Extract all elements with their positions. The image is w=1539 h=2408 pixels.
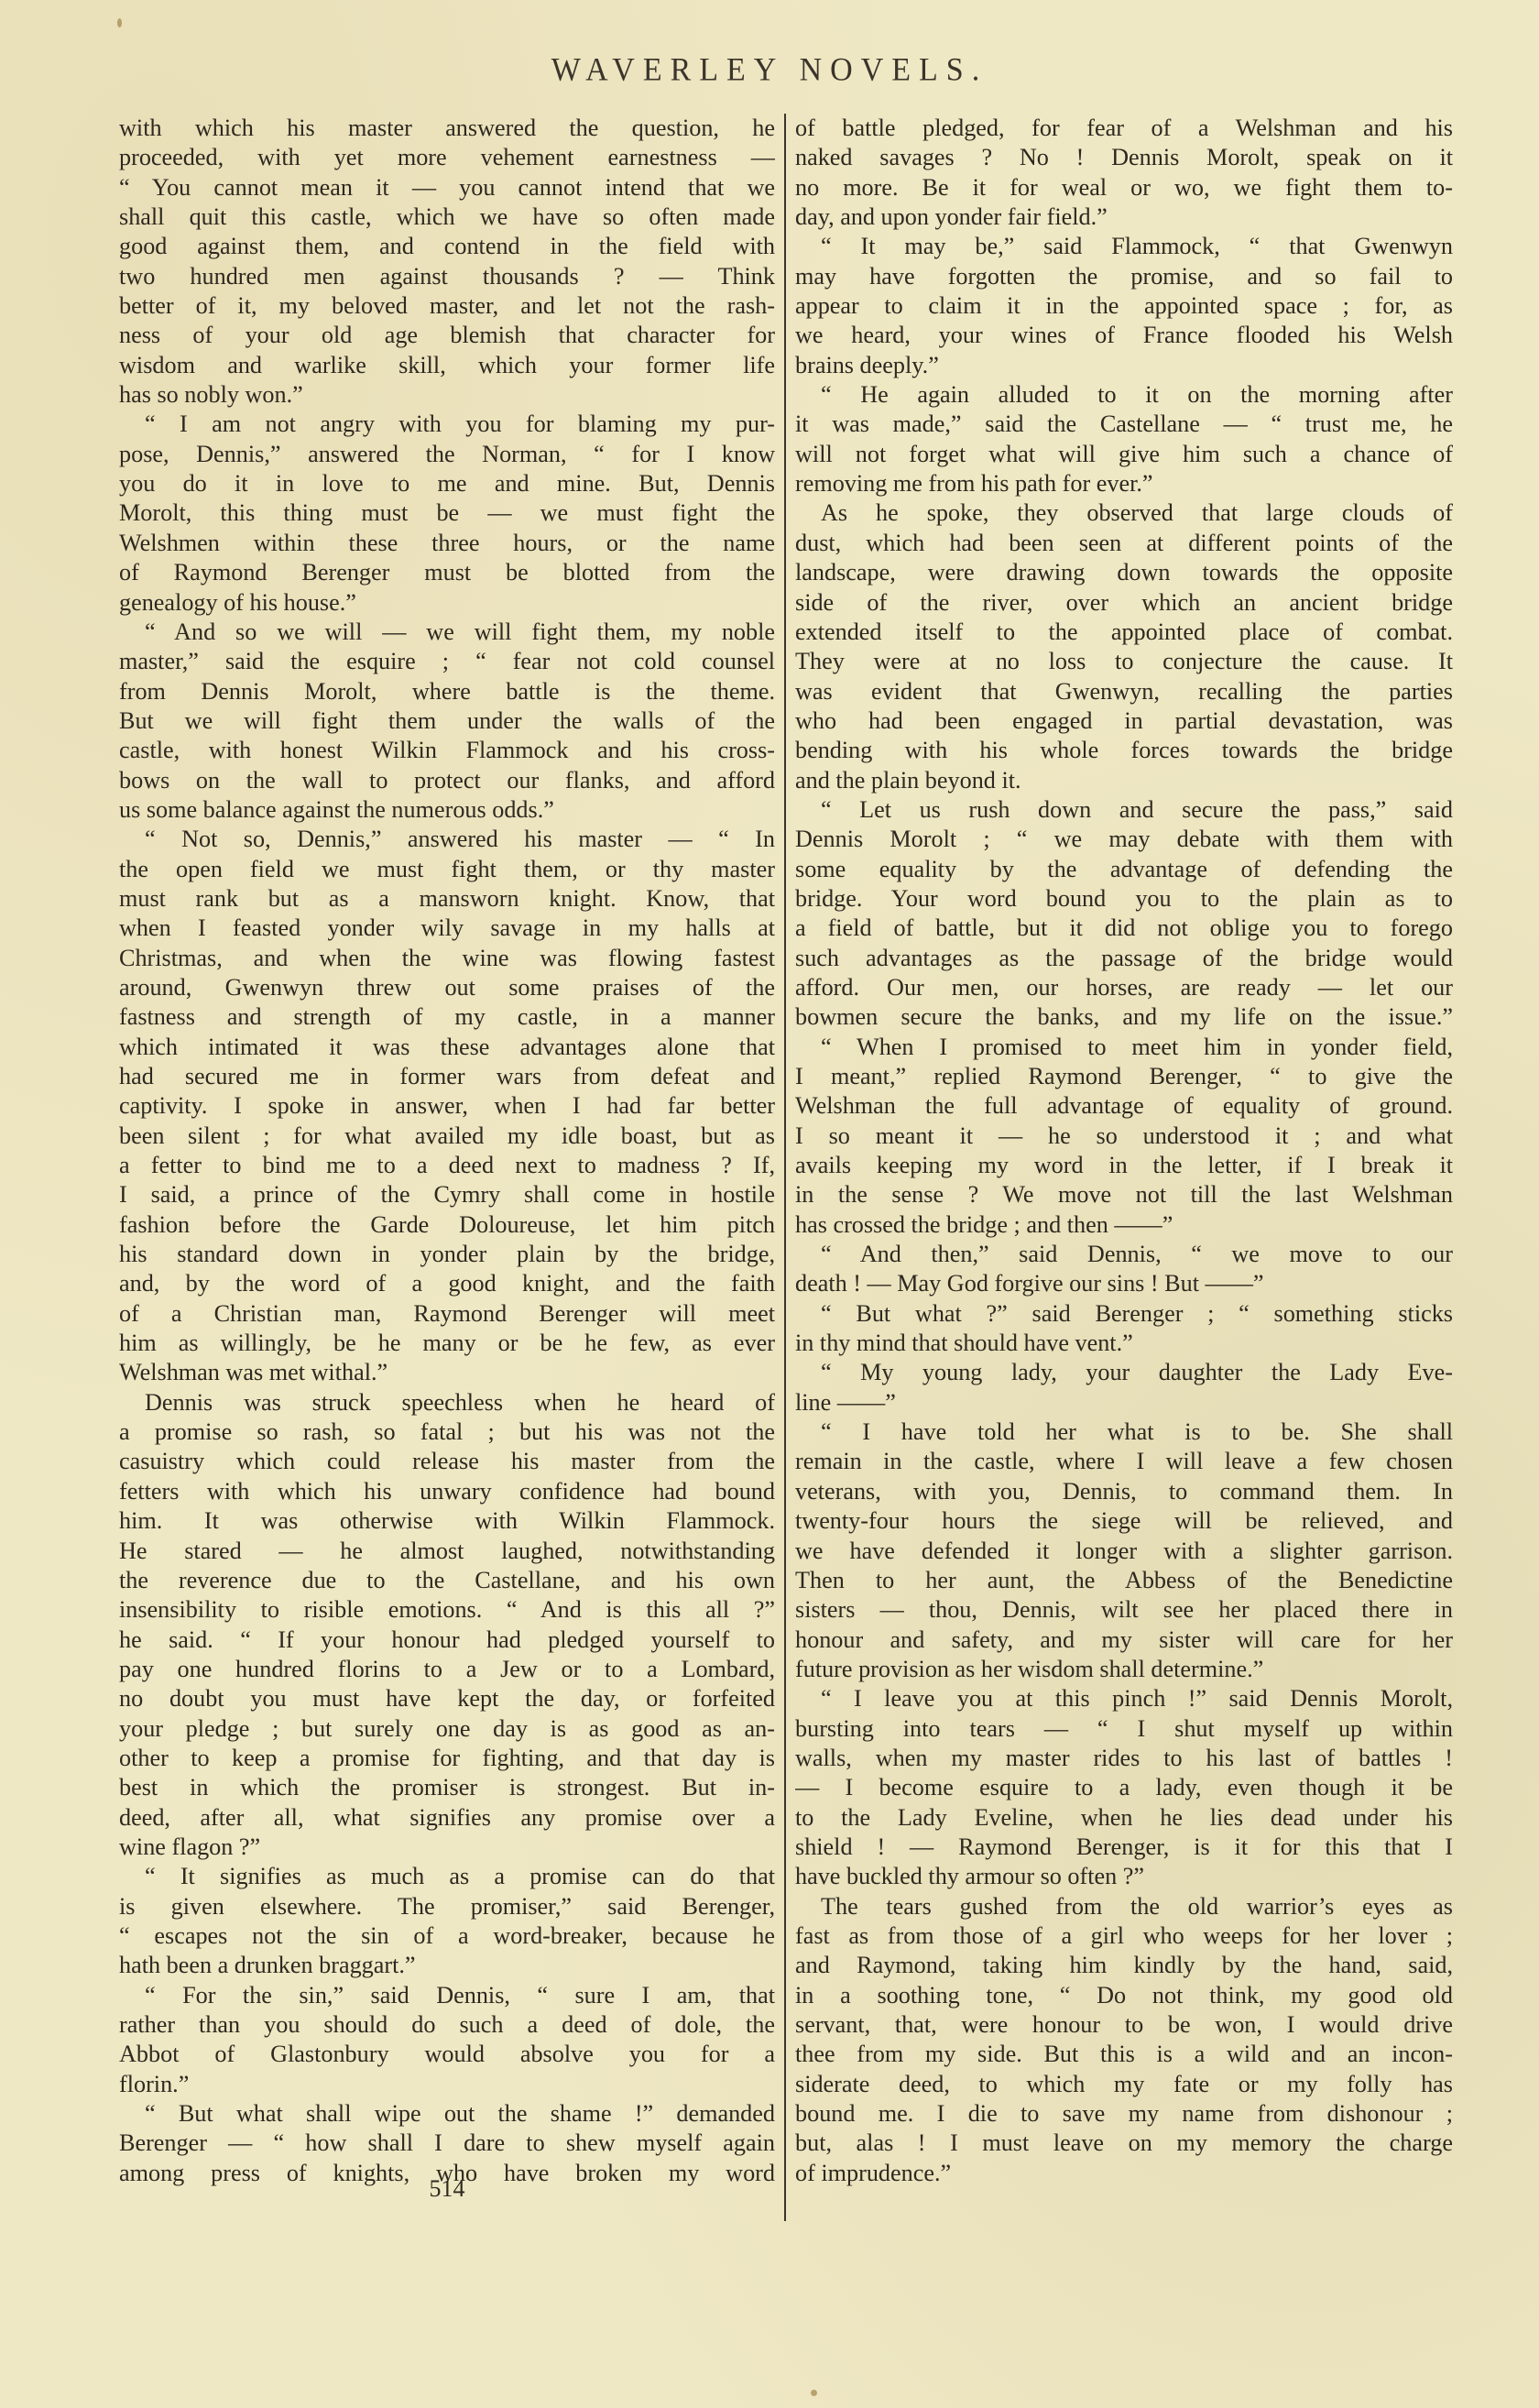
text-line: I so meant it — he so understood it ; an… xyxy=(795,1122,1453,1151)
text-line: pose, Dennis,” answered the Norman, “ fo… xyxy=(119,440,775,469)
text-line: servant, that, were honour to be won, I … xyxy=(795,2010,1453,2040)
text-line: pay one hundred florins to a Jew or to a… xyxy=(119,1655,775,1684)
text-line: in a soothing tone, “ Do not think, my g… xyxy=(795,1981,1453,2010)
text-line: “ For the sin,” said Dennis, “ sure I am… xyxy=(119,1981,775,2010)
text-line: but, alas ! I must leave on my memory th… xyxy=(795,2129,1453,2158)
text-line: thee from my side. But this is a wild an… xyxy=(795,2040,1453,2069)
text-line: “ My young lady, your daughter the Lady … xyxy=(795,1358,1453,1387)
text-line: the reverence due to the Castellane, and… xyxy=(119,1566,775,1595)
text-line: Then to her aunt, the Abbess of the Bene… xyxy=(795,1566,1453,1595)
text-line: casuistry which could release his master… xyxy=(119,1447,775,1476)
text-line: But we will fight them under the walls o… xyxy=(119,706,775,736)
text-line: remain in the castle, where I will leave… xyxy=(795,1447,1453,1476)
text-line: other to keep a promise for fighting, an… xyxy=(119,1744,775,1773)
text-line: genealogy of his house.” xyxy=(119,588,775,618)
text-line: future provision as her wisdom shall det… xyxy=(795,1655,1453,1684)
text-line: landscape, were drawing down towards the… xyxy=(795,558,1453,587)
text-line: afford. Our men, our horses, are ready —… xyxy=(795,973,1453,1002)
text-line: him. It was otherwise with Wilkin Flammo… xyxy=(119,1506,775,1536)
text-line: “ escapes not the sin of a word-breaker,… xyxy=(119,1921,775,1951)
text-line: us some balance against the numerous odd… xyxy=(119,795,775,825)
text-line: which intimated it was these advantages … xyxy=(119,1033,775,1062)
text-line: with which his master answered the quest… xyxy=(119,114,775,143)
text-line: best in which the promiser is strongest.… xyxy=(119,1773,775,1802)
text-line: “ It signifies as much as a promise can … xyxy=(119,1862,775,1891)
page-number: 514 xyxy=(119,2175,775,2203)
text-line: ness of your old age blemish that charac… xyxy=(119,321,775,350)
text-line: of battle pledged, for fear of a Welshma… xyxy=(795,114,1453,143)
text-line: “ You cannot mean it — you cannot intend… xyxy=(119,173,775,202)
text-line: proceeded, with yet more vehement earnes… xyxy=(119,143,775,172)
text-line: no doubt you must have kept the day, or … xyxy=(119,1684,775,1713)
text-line: brains deeply.” xyxy=(795,351,1453,380)
text-line: to the Lady Eveline, when he lies dead u… xyxy=(795,1803,1453,1833)
text-line: shall quit this castle, which we have so… xyxy=(119,202,775,232)
text-line: was evident that Gwenwyn, recalling the … xyxy=(795,677,1453,706)
text-line: insensibility to risible emotions. “ And… xyxy=(119,1595,775,1625)
text-line: I meant,” replied Raymond Berenger, “ to… xyxy=(795,1062,1453,1091)
text-line: bending with his whole forces towards th… xyxy=(795,736,1453,765)
text-line: of Raymond Berenger must be blotted from… xyxy=(119,558,775,587)
text-line: wine flagon ?” xyxy=(119,1833,775,1862)
right-text-column: of battle pledged, for fear of a Welshma… xyxy=(795,114,1453,2188)
text-line: hath been a drunken braggart.” xyxy=(119,1951,775,1980)
text-line: Dennis Morolt ; “ we may debate with the… xyxy=(795,825,1453,854)
running-header: WAVERLEY NOVELS. xyxy=(0,52,1539,89)
text-line: will not forget what will give him such … xyxy=(795,440,1453,469)
text-line: two hundred men against thousands ? — Th… xyxy=(119,262,775,291)
text-line: dust, which had been seen at different p… xyxy=(795,529,1453,558)
text-line: master,” said the esquire ; “ fear not c… xyxy=(119,647,775,676)
text-line: Christmas, and when the wine was flowing… xyxy=(119,944,775,973)
text-line: bows on the wall to protect our flanks, … xyxy=(119,766,775,795)
text-line: fetters with which his unwary confidence… xyxy=(119,1477,775,1506)
text-line: and, by the word of a good knight, and t… xyxy=(119,1269,775,1298)
text-line: in the sense ? We move not till the last… xyxy=(795,1180,1453,1209)
text-line: his standard down in yonder plain by the… xyxy=(119,1240,775,1269)
text-line: the open field we must fight them, or th… xyxy=(119,855,775,884)
text-line: castle, with honest Wilkin Flammock and … xyxy=(119,736,775,765)
text-line: walls, when my master rides to his last … xyxy=(795,1744,1453,1773)
text-line: Morolt, this thing must be — we must fig… xyxy=(119,498,775,528)
text-line: deed, after all, what signifies any prom… xyxy=(119,1803,775,1833)
text-line: sisters — thou, Dennis, wilt see her pla… xyxy=(795,1595,1453,1625)
text-line: bowmen secure the banks, and my life on … xyxy=(795,1002,1453,1032)
text-line: They were at no loss to conjecture the c… xyxy=(795,647,1453,676)
text-line: shield ! — Raymond Berenger, is it for t… xyxy=(795,1833,1453,1862)
text-line: fastness and strength of my castle, in a… xyxy=(119,1002,775,1032)
text-line: He stared — he almost laughed, notwithst… xyxy=(119,1537,775,1566)
text-line: have buckled thy armour so often ?” xyxy=(795,1862,1453,1891)
text-line: when I feasted yonder wily savage in my … xyxy=(119,914,775,943)
text-line: he said. “ If your honour had pledged yo… xyxy=(119,1625,775,1655)
text-line: fashion before the Garde Doloureuse, let… xyxy=(119,1210,775,1240)
text-line: removing me from his path for ever.” xyxy=(795,469,1453,498)
column-divider xyxy=(784,114,786,2221)
text-line: your pledge ; but surely one day is as g… xyxy=(119,1714,775,1744)
text-line: naked savages ? No ! Dennis Morolt, spea… xyxy=(795,143,1453,172)
text-line: a field of battle, but it did not oblige… xyxy=(795,914,1453,943)
text-line: The tears gushed from the old warrior’s … xyxy=(795,1892,1453,1921)
text-line: honour and safety, and my sister will ca… xyxy=(795,1625,1453,1655)
text-line: good against them, and contend in the fi… xyxy=(119,232,775,261)
text-line: bound me. I die to save my name from dis… xyxy=(795,2099,1453,2129)
text-line: fast as from those of a girl who weeps f… xyxy=(795,1921,1453,1951)
text-line: of a Christian man, Raymond Berenger wil… xyxy=(119,1299,775,1329)
text-line: Welshman the full advantage of equality … xyxy=(795,1091,1453,1121)
text-line: captivity. I spoke in answer, when I had… xyxy=(119,1091,775,1121)
text-line: “ Let us rush down and secure the pass,”… xyxy=(795,795,1453,825)
text-line: “ And then,” said Dennis, “ we move to o… xyxy=(795,1240,1453,1269)
text-line: “ But what shall wipe out the shame !” d… xyxy=(119,2099,775,2129)
text-line: “ When I promised to meet him in yonder … xyxy=(795,1033,1453,1062)
text-line: Welshmen within these three hours, or th… xyxy=(119,529,775,558)
text-line: “ It may be,” said Flammock, “ that Gwen… xyxy=(795,232,1453,261)
text-line: Dennis was struck speechless when he hea… xyxy=(119,1388,775,1417)
ink-spot xyxy=(117,18,122,27)
text-line: has so nobly won.” xyxy=(119,380,775,410)
text-line: bridge. Your word bound you to the plain… xyxy=(795,884,1453,914)
text-line: of imprudence.” xyxy=(795,2159,1453,2188)
text-line: “ I am not angry with you for blaming my… xyxy=(119,410,775,439)
text-line: you do it in love to me and mine. But, D… xyxy=(119,469,775,498)
text-line: side of the river, over which an ancient… xyxy=(795,588,1453,618)
text-line: “ Not so, Dennis,” answered his master —… xyxy=(119,825,775,854)
text-line: wisdom and warlike skill, which your for… xyxy=(119,351,775,380)
text-line: twenty-four hours the siege will be reli… xyxy=(795,1506,1453,1536)
text-line: who had been engaged in partial devastat… xyxy=(795,706,1453,736)
text-line: day, and upon yonder fair field.” xyxy=(795,202,1453,232)
text-line: such advantages as the passage of the br… xyxy=(795,944,1453,973)
text-line: As he spoke, they observed that large cl… xyxy=(795,498,1453,528)
text-line: no more. Be it for weal or wo, we fight … xyxy=(795,173,1453,202)
text-line: and the plain beyond it. xyxy=(795,766,1453,795)
text-line: rather than you should do such a deed of… xyxy=(119,2010,775,2040)
text-line: a fetter to bind me to a deed next to ma… xyxy=(119,1151,775,1180)
text-line: been silent ; for what availed my idle b… xyxy=(119,1122,775,1151)
text-line: is given elsewhere. The promiser,” said … xyxy=(119,1892,775,1921)
text-line: “ And so we will — we will fight them, m… xyxy=(119,618,775,647)
text-line: some equality by the advantage of defend… xyxy=(795,855,1453,884)
text-line: — I become esquire to a lady, even thoug… xyxy=(795,1773,1453,1802)
text-line: florin.” xyxy=(119,2070,775,2099)
text-line: avails keeping my word in the letter, if… xyxy=(795,1151,1453,1180)
text-line: “ I leave you at this pinch !” said Denn… xyxy=(795,1684,1453,1713)
text-line: siderate deed, to which my fate or my fo… xyxy=(795,2070,1453,2099)
text-line: “ I have told her what is to be. She sha… xyxy=(795,1417,1453,1447)
text-line: him as willingly, be he many or be he fe… xyxy=(119,1329,775,1358)
text-line: Abbot of Glastonbury would absolve you f… xyxy=(119,2040,775,2069)
text-line: veterans, with you, Dennis, to command t… xyxy=(795,1477,1453,1506)
text-line: better of it, my beloved master, and let… xyxy=(119,291,775,321)
ink-spot xyxy=(811,2390,817,2396)
text-line: extended itself to the appointed place o… xyxy=(795,618,1453,647)
left-text-column: with which his master answered the quest… xyxy=(119,114,775,2188)
text-line: we heard, your wines of France flooded h… xyxy=(795,321,1453,350)
text-line: and Raymond, taking him kindly by the ha… xyxy=(795,1951,1453,1980)
text-line: in thy mind that should have vent.” xyxy=(795,1329,1453,1358)
text-line: had secured me in former wars from defea… xyxy=(119,1062,775,1091)
text-line: Welshman was met withal.” xyxy=(119,1358,775,1387)
text-line: “ But what ?” said Berenger ; “ somethin… xyxy=(795,1299,1453,1329)
text-line: it was made,” said the Castellane — “ tr… xyxy=(795,410,1453,439)
text-line: must rank but as a mansworn knight. Know… xyxy=(119,884,775,914)
text-line: has crossed the bridge ; and then ——” xyxy=(795,1210,1453,1240)
text-line: death ! — May God forgive our sins ! But… xyxy=(795,1269,1453,1298)
text-line: Berenger — “ how shall I dare to shew my… xyxy=(119,2129,775,2158)
text-line: I said, a prince of the Cymry shall come… xyxy=(119,1180,775,1209)
text-line: we have defended it longer with a slight… xyxy=(795,1537,1453,1566)
text-line: around, Gwenwyn threw out some praises o… xyxy=(119,973,775,1002)
text-line: “ He again alluded to it on the morning … xyxy=(795,380,1453,410)
text-line: appear to claim it in the appointed spac… xyxy=(795,291,1453,321)
text-line: a promise so rash, so fatal ; but his wa… xyxy=(119,1417,775,1447)
text-line: from Dennis Morolt, where battle is the … xyxy=(119,677,775,706)
text-line: may have forgotten the promise, and so f… xyxy=(795,262,1453,291)
text-line: bursting into tears — “ I shut myself up… xyxy=(795,1714,1453,1744)
text-line: line ——” xyxy=(795,1388,1453,1417)
